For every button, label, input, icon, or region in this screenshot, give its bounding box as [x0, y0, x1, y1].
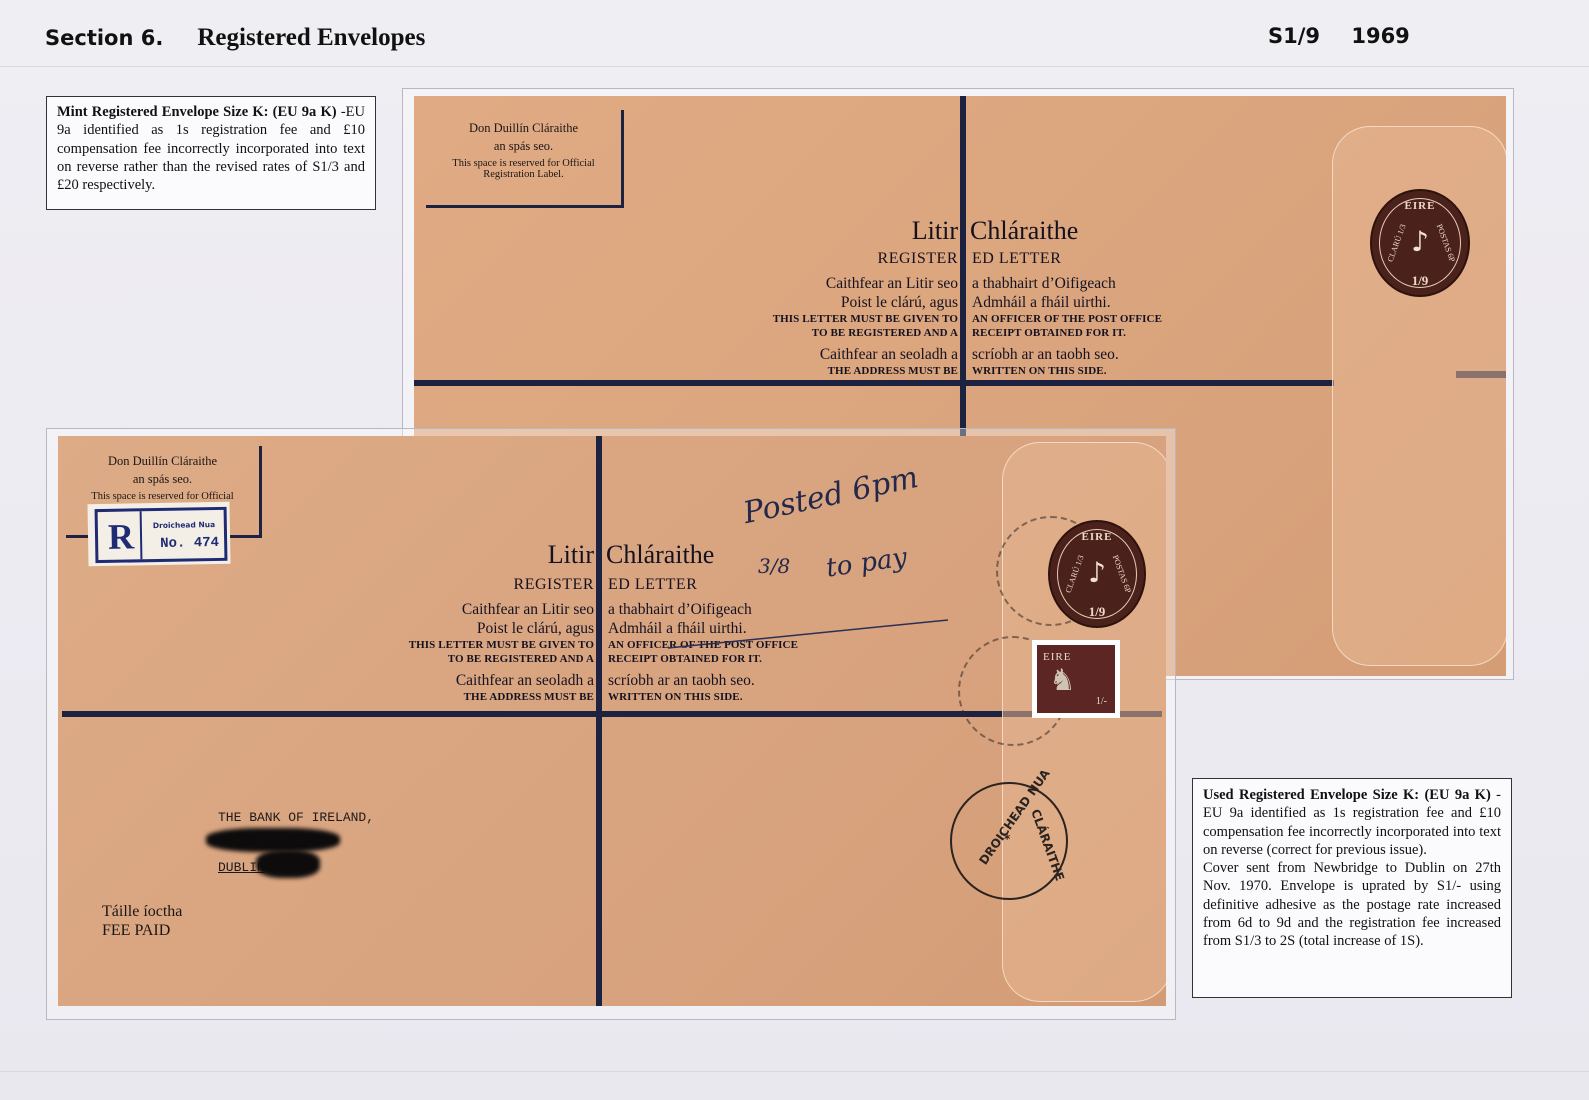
indicium-value: 1/9 [1372, 273, 1468, 289]
title-chlaraithe: Chláraithe [970, 216, 1078, 246]
harp-icon: ♪ [1411, 225, 1429, 258]
english-line-1: THIS LETTER MUST BE GIVEN TO [773, 312, 958, 326]
label-space-english-1: This space is reserved for Official [426, 158, 621, 169]
text-block-left: Caithfear an Litir seo Poist le clárú, a… [409, 600, 594, 704]
label-space-english-2: Registration Label. [426, 169, 621, 180]
registration-office: Droichead Nua [153, 520, 215, 530]
harp-icon: ♪ [1088, 556, 1106, 589]
label-space-irish-1: Don Duillín Cláraithe [66, 454, 259, 469]
postmark-droichead-nua: DROICHEAD NUA CLÁRAITHE * [950, 782, 1068, 900]
footer-rule [0, 1071, 1589, 1072]
title-chlaraithe: Chláraithe [606, 540, 714, 570]
english-line-1: AN OFFICER OF THE POST OFFICE [972, 312, 1162, 326]
reference-code: S1/9 [1268, 24, 1320, 48]
label-space-irish-2: an spás seo. [66, 472, 259, 487]
printed-indicium: ÉIRE CLARÚ 1/3 POSTAS 6P ♪ 1/9 [1048, 520, 1146, 628]
stamp-value: 1/- [1096, 696, 1107, 707]
irish-line-2: Admháil a fháil uirthi. [972, 293, 1162, 312]
fee-paid: Táille íoctha FEE PAID [102, 902, 182, 940]
mint-description-box: Mint Registered Envelope Size K: (EU 9a … [46, 96, 376, 210]
title-litir: Litir [548, 540, 594, 570]
registered-left: REGISTER [514, 576, 594, 594]
english-line-2: RECEIPT OBTAINED FOR IT. [972, 326, 1162, 340]
registration-label-space: Don Duillín Cláraithe an spás seo. This … [426, 110, 624, 208]
label-space-english-1: This space is reserved for Official [66, 491, 259, 502]
irish-line-1: Caithfear an Litir seo [773, 274, 958, 293]
registered-right: ED LETTER [608, 576, 697, 594]
indicium-value: 1/9 [1050, 604, 1144, 620]
header-rule [0, 66, 1589, 67]
manuscript-to-pay: to pay [824, 542, 909, 583]
manuscript-fraction: 3/8 [758, 554, 790, 578]
english-line-2: TO BE REGISTERED AND A [409, 652, 594, 666]
registered-right: ED LETTER [972, 250, 1061, 268]
label-space-irish-2: an spás seo. [426, 139, 621, 154]
title-litir: Litir [912, 216, 958, 246]
used-description-box: Used Registered Envelope Size K: (EU 9a … [1192, 778, 1512, 998]
adhesive-stamp: EIRE ♞ 1/- [1032, 640, 1120, 718]
used-body-2: Cover sent from Newbridge to Dublin on 2… [1203, 859, 1501, 950]
registration-letter: R [108, 515, 135, 557]
page-reference: S1/9 1969 [1268, 24, 1410, 48]
postmark-star: * [1004, 832, 1010, 846]
fee-paid-irish: Táille íoctha [102, 902, 182, 921]
section-title: Registered Envelopes [197, 24, 425, 51]
english-line-3: THE ADDRESS MUST BE [773, 364, 958, 378]
stag-icon: ♞ [1049, 663, 1076, 698]
label-space-irish-1: Don Duillín Cláraithe [426, 121, 621, 136]
english-line-2: TO BE REGISTERED AND A [773, 326, 958, 340]
english-line-3: WRITTEN ON THIS SIDE. [608, 690, 798, 704]
irish-line-3: scríobh ar an taobh seo. [608, 671, 798, 690]
used-heading: Used Registered Envelope Size K: (EU 9a … [1203, 787, 1491, 803]
horizontal-blue-bar [414, 380, 1334, 386]
irish-line-3: Caithfear an seoladh a [409, 671, 594, 690]
stamp-design: EIRE ♞ 1/- [1037, 645, 1115, 713]
redacted-address-blot [256, 850, 320, 878]
reference-year: 1969 [1351, 24, 1409, 48]
registration-label-frame: R Droichead Nua No. 474 [95, 507, 228, 563]
page-title: Section 6. Registered Envelopes [45, 24, 425, 52]
irish-line-3: Caithfear an seoladh a [773, 345, 958, 364]
irish-line-1: a thabhairt d’Oifigeach [972, 274, 1162, 293]
english-line-2: RECEIPT OBTAINED FOR IT. [608, 652, 798, 666]
manuscript-posted: Posted 6pm [740, 460, 921, 531]
registered-left: REGISTER [878, 250, 958, 268]
section-number: Section 6. [45, 26, 163, 50]
fee-paid-english: FEE PAID [102, 921, 182, 940]
vertical-blue-bar [596, 436, 602, 1006]
registration-number: No. 474 [160, 535, 219, 552]
english-line-3: WRITTEN ON THIS SIDE. [972, 364, 1162, 378]
manuscript-strike-line [658, 612, 958, 652]
address-line-1: THE BANK OF IRELAND, [218, 810, 374, 825]
mint-heading: Mint Registered Envelope Size K: (EU 9a … [57, 104, 337, 120]
postmark-office: CLÁRAITHE [1028, 807, 1067, 882]
english-line-3: THE ADDRESS MUST BE [409, 690, 594, 704]
irish-line-3: scríobh ar an taobh seo. [972, 345, 1162, 364]
irish-line-2: Poist le clárú, agus [773, 293, 958, 312]
registration-label: R Droichead Nua No. 474 [87, 502, 230, 566]
text-block-right: a thabhairt d’Oifigeach Admháil a fháil … [972, 274, 1162, 378]
text-block-left: Caithfear an Litir seo Poist le clárú, a… [773, 274, 958, 378]
registration-label-divider [140, 511, 143, 559]
indicium-country: ÉIRE [1372, 200, 1468, 212]
printed-indicium: ÉIRE CLARÚ 1/3 POSTAS 6P ♪ 1/9 [1370, 189, 1470, 297]
irish-line-1: Caithfear an Litir seo [409, 600, 594, 619]
indicium-country: ÉIRE [1050, 531, 1144, 543]
irish-line-2: Poist le clárú, agus [409, 619, 594, 638]
english-line-1: THIS LETTER MUST BE GIVEN TO [409, 638, 594, 652]
redacted-address-line [206, 828, 340, 852]
stamp-country: EIRE [1043, 651, 1071, 663]
